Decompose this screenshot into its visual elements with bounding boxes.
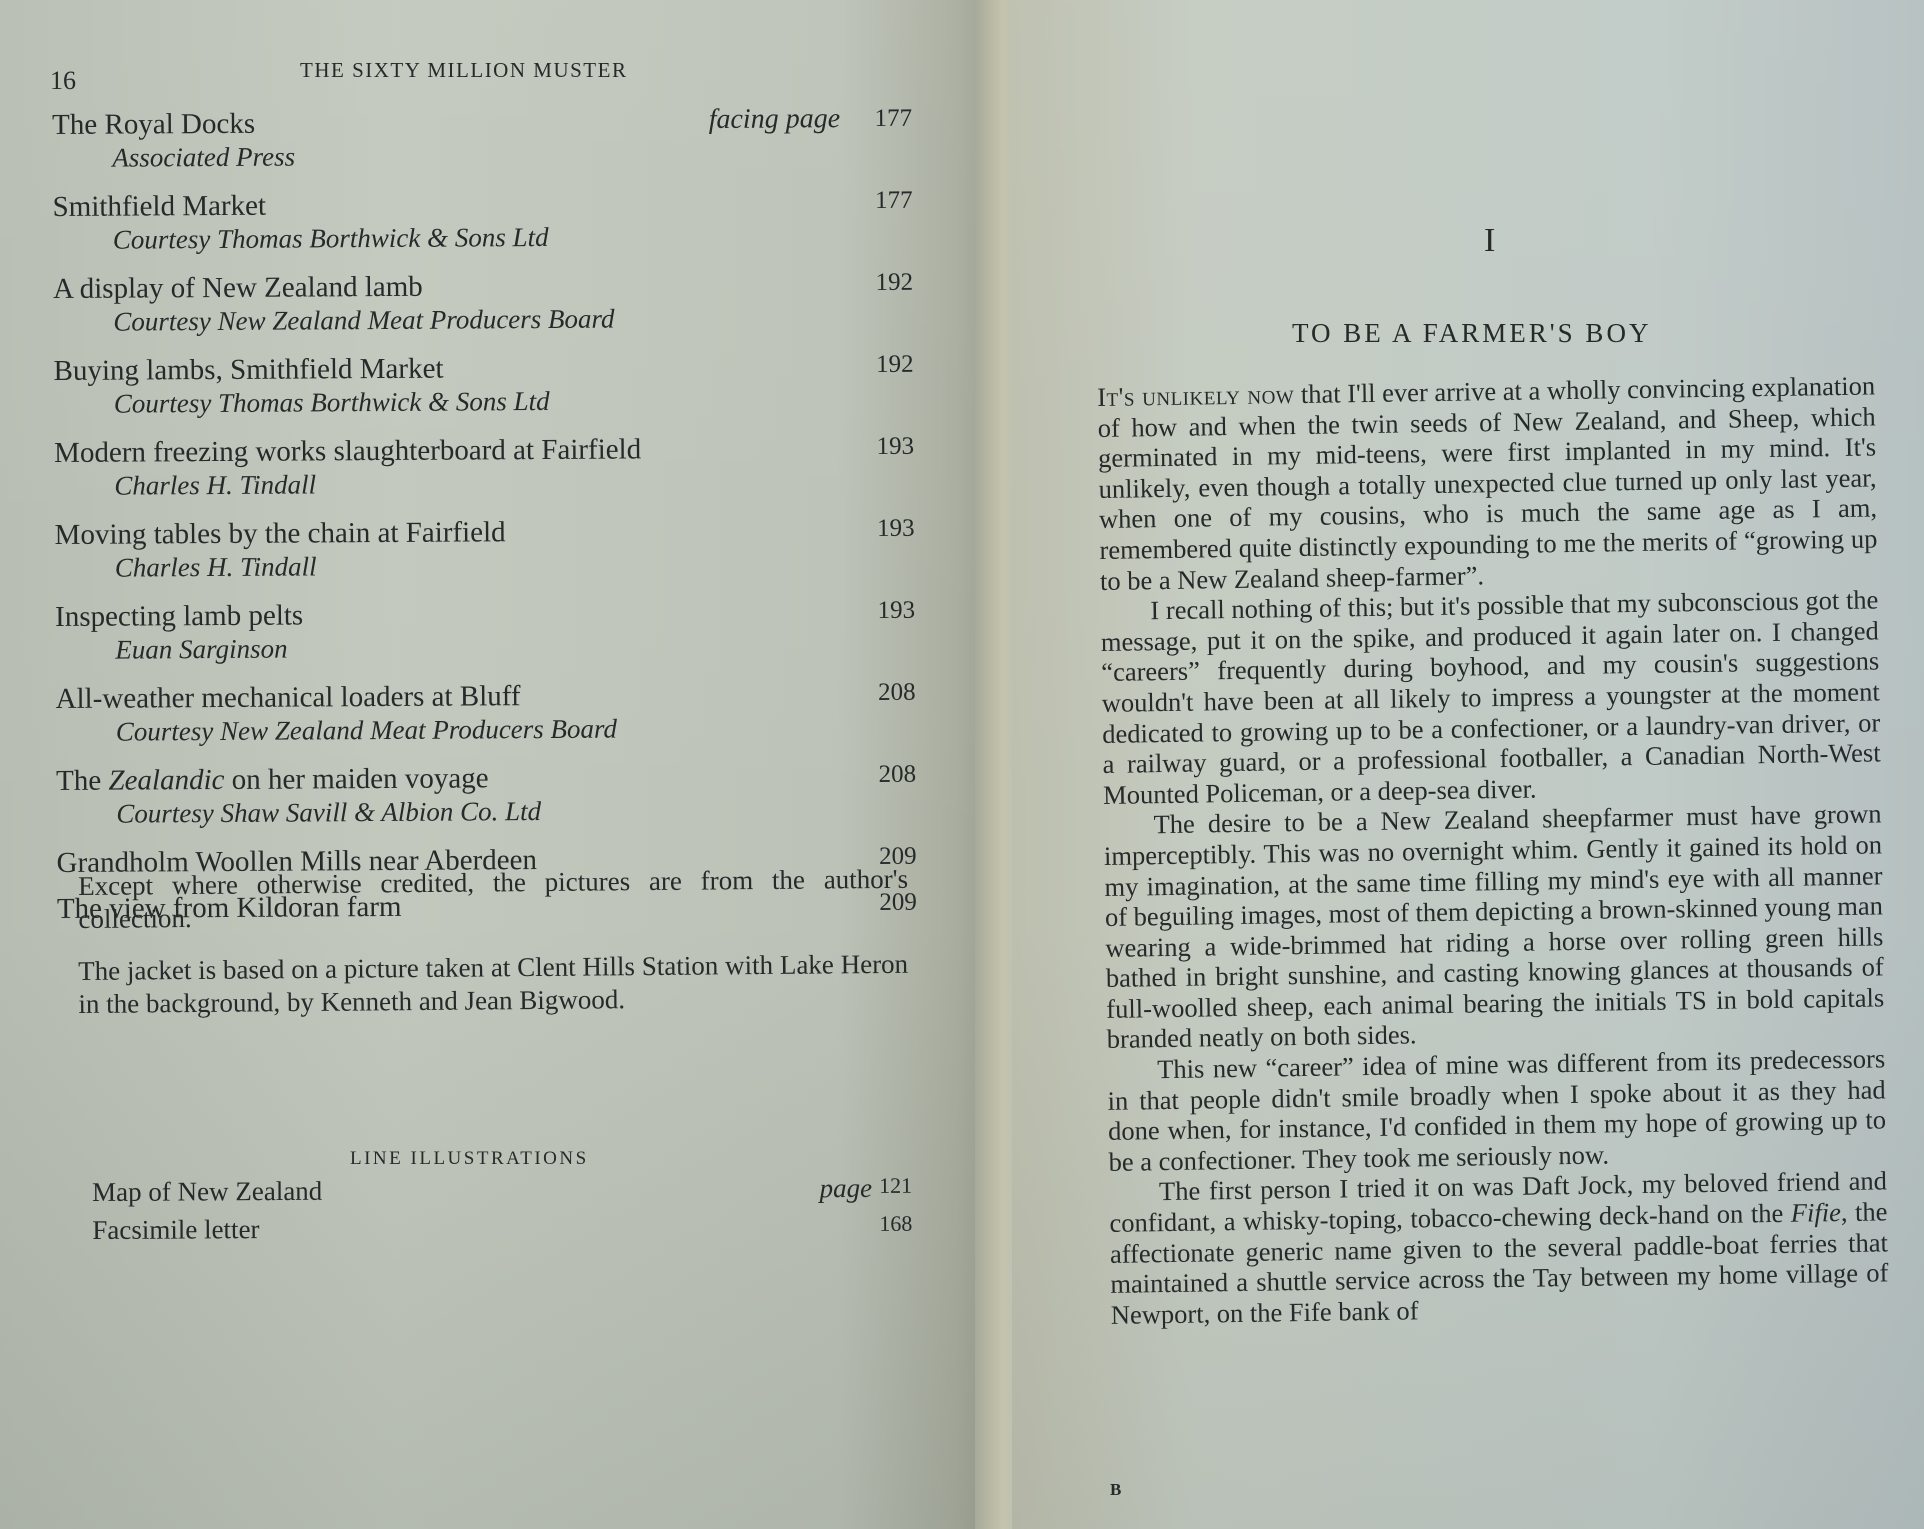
- signature-mark: B: [1110, 1480, 1121, 1500]
- plate-credit: Courtesy New Zealand Meat Producers Boar…: [56, 711, 916, 748]
- page-number: 16: [50, 66, 76, 96]
- plate-entry: A display of New Zealand lamb Courtesy N…: [53, 267, 913, 338]
- plate-title: All-weather mechanical loaders at Bluff: [56, 677, 916, 716]
- plate-credit: Charles H. Tindall: [55, 547, 915, 584]
- credits-note: Except where otherwise credited, the pic…: [78, 863, 909, 936]
- plate-entry: All-weather mechanical loaders at Bluff …: [56, 677, 916, 748]
- line-illustrations-list: Map of New Zealand page 121 Facsimile le…: [92, 1169, 912, 1249]
- line-illustration-entry: Facsimile letter 168: [92, 1207, 912, 1249]
- plate-title: Smithfield Market: [53, 185, 913, 224]
- plate-credit: Associated Press: [52, 137, 912, 174]
- chapter-number: I: [1484, 222, 1495, 260]
- list-of-plates: The Royal Docks Associated Press facing …: [52, 103, 917, 938]
- jacket-note: The jacket is based on a picture taken a…: [78, 948, 909, 1021]
- plate-page: 177: [874, 105, 912, 133]
- plate-entry: Inspecting lamb pelts Euan Sarginson 193: [55, 595, 915, 666]
- paragraph: It's unlikely now that I'll ever arrive …: [1097, 370, 1878, 596]
- paragraph: I recall nothing of this; but it's possi…: [1100, 585, 1881, 811]
- plate-entry: Moving tables by the chain at Fairfield …: [55, 513, 915, 584]
- plate-page: 193: [878, 597, 916, 625]
- plate-page: 192: [875, 269, 913, 297]
- plate-title: Buying lambs, Smithfield Market: [54, 349, 914, 388]
- plate-credit: Courtesy Thomas Borthwick & Sons Ltd: [53, 219, 913, 256]
- book-gutter: [975, 0, 1015, 1529]
- plate-page: 177: [875, 187, 913, 215]
- ship-name: Zealandic: [108, 764, 224, 797]
- plate-entry: Buying lambs, Smithfield Market Courtesy…: [54, 349, 914, 420]
- book-title-header: THE SIXTY MILLION MUSTER: [300, 58, 627, 83]
- page-label: page: [820, 1169, 873, 1207]
- line-illustrations-heading: LINE ILLUSTRATIONS: [350, 1148, 589, 1170]
- plate-entry: The Royal Docks Associated Press facing …: [52, 103, 912, 174]
- plate-title: Inspecting lamb pelts: [55, 595, 915, 634]
- illustration-page: 121: [879, 1167, 912, 1205]
- plate-entry: Smithfield Market Courtesy Thomas Borthw…: [53, 185, 913, 256]
- paragraph: The first person I tried it on was Daft …: [1109, 1166, 1889, 1330]
- plate-title: A display of New Zealand lamb: [53, 267, 913, 306]
- book-spread: 16 THE SIXTY MILLION MUSTER The Royal Do…: [0, 0, 1924, 1529]
- plate-credit: Courtesy New Zealand Meat Producers Boar…: [53, 301, 913, 338]
- plate-page: 208: [878, 679, 916, 707]
- illustration-title: Facsimile letter: [92, 1214, 259, 1245]
- plate-entry: The Zealandic on her maiden voyage Court…: [56, 759, 916, 830]
- ferry-name: Fifie: [1791, 1197, 1841, 1228]
- plate-page: 193: [877, 515, 915, 543]
- plate-page: 192: [876, 351, 914, 379]
- illustration-title: Map of New Zealand: [92, 1176, 322, 1207]
- chapter-title: TO BE A FARMER'S BOY: [1292, 318, 1651, 349]
- plate-entry: Modern freezing works slaughterboard at …: [54, 431, 914, 502]
- plate-credit: Courtesy Shaw Savill & Albion Co. Ltd: [56, 793, 916, 830]
- illustration-page: 168: [879, 1205, 912, 1243]
- plate-page: 193: [877, 433, 915, 461]
- plate-credit: Euan Sarginson: [55, 629, 915, 666]
- plate-page: 208: [879, 761, 917, 789]
- opening-smallcaps: It's unlikely now: [1097, 379, 1294, 412]
- plate-title: Modern freezing works slaughterboard at …: [54, 431, 914, 470]
- facing-page-label: facing page: [709, 103, 841, 136]
- plate-credit: Courtesy Thomas Borthwick & Sons Ltd: [54, 383, 914, 420]
- chapter-body: It's unlikely now that I'll ever arrive …: [1097, 370, 1889, 1330]
- paragraph: The desire to be a New Zealand sheepfarm…: [1103, 799, 1885, 1055]
- plate-title: The Zealandic on her maiden voyage: [56, 759, 916, 798]
- plate-credit: Charles H. Tindall: [54, 465, 914, 502]
- paragraph: This new “career” idea of mine was diffe…: [1107, 1043, 1887, 1177]
- plate-title: Moving tables by the chain at Fairfield: [55, 513, 915, 552]
- line-illustration-entry: Map of New Zealand page 121: [92, 1169, 912, 1211]
